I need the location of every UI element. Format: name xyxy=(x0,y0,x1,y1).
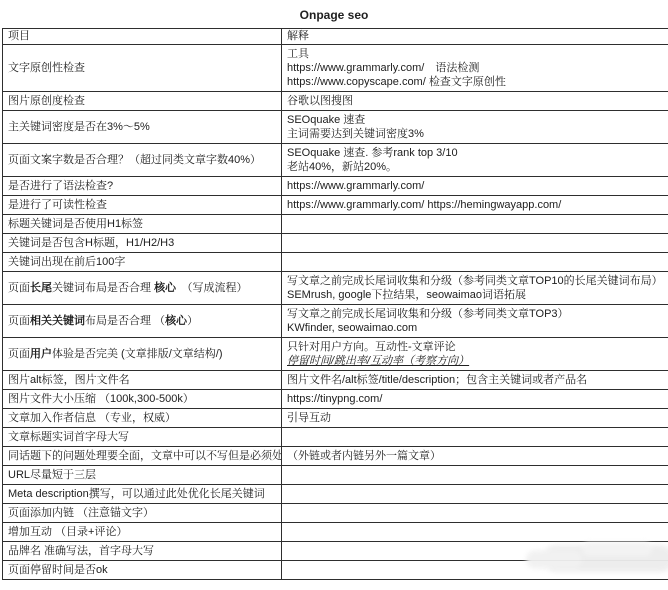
onpage-seo-table: 项目 解释 文字原创性检查工具https://www.grammarly.com… xyxy=(2,28,668,580)
item-cell: 关键词出现在前后100字 xyxy=(3,253,282,272)
item-cell: 同话题下的问题处理要全面，文章中可以不写但是必须处 xyxy=(3,447,282,466)
explanation-cell: 工具https://www.grammarly.com/ 语法检测https:/… xyxy=(282,45,668,92)
text-segment: 工具 xyxy=(287,48,309,60)
text-segment: 文章加入作者信息 （专业，权威） xyxy=(8,412,176,424)
text-segment: Meta description撰写，可以通过此处优化长尾关键词 xyxy=(8,488,265,500)
text-segment: URL尽量短于三层 xyxy=(8,469,96,481)
text-segment: 同话题下的问题处理要全面，文章中可以不写但是必须处 xyxy=(8,450,282,462)
explanation-cell xyxy=(282,215,668,234)
text-segment: 停留时间/跳出率/互动率（考察方向） xyxy=(287,355,469,367)
item-cell: 图片原创度检查 xyxy=(3,92,282,111)
table-row: 页面相关关键词布局是否合理 （核心）写文章之前完成长尾词收集和分级（参考同类文章… xyxy=(3,305,668,338)
cell-line: SEMrush, google下拉结果，seowaimao词语拓展 xyxy=(287,288,664,302)
item-cell: 文字原创性检查 xyxy=(3,45,282,92)
text-segment: 关键词是否包含H标题，H1/H2/H3 xyxy=(8,237,174,249)
text-segment: 相关关键词 xyxy=(30,315,85,327)
item-cell: 是进行了可读性检查 xyxy=(3,196,282,215)
table-row: 图片文件大小压缩 （100k,300-500k）https://tinypng.… xyxy=(3,390,668,409)
text-segment: 页面 xyxy=(8,315,30,327)
cell-line: （外链或者内链另外一篇文章） xyxy=(287,449,664,463)
table-row: 增加互动 （目录+评论） xyxy=(3,523,668,542)
text-segment: 图片alt标签，图片文件名 xyxy=(8,374,130,386)
item-cell: 页面文案字数是否合理？（超过同类文章字数40%） xyxy=(3,144,282,177)
explanation-cell: 写文章之前完成长尾词收集和分级（参考同类文章TOP3）KWfinder, seo… xyxy=(282,305,668,338)
text-segment: https://www.grammarly.com/ 语法检测 xyxy=(287,62,479,74)
text-segment: 关键词布局是否合理 xyxy=(52,282,154,294)
table-row: 图片原创度检查谷歌以图搜图 xyxy=(3,92,668,111)
table-row: 关键词出现在前后100字 xyxy=(3,253,668,272)
explanation-cell xyxy=(282,253,668,272)
cell-line: https://www.grammarly.com/ xyxy=(287,179,664,193)
explanation-cell: 谷歌以图搜图 xyxy=(282,92,668,111)
cell-line: 停留时间/跳出率/互动率（考察方向） xyxy=(287,354,664,368)
text-segment: 是否进行了语法检查? xyxy=(8,180,113,192)
table-row: 图片alt标签，图片文件名图片文件名/alt标签/title/descripti… xyxy=(3,371,668,390)
explanation-cell: 图片文件名/alt标签/title/description；包含主关键词或者产品… xyxy=(282,371,668,390)
item-cell: 页面相关关键词布局是否合理 （核心） xyxy=(3,305,282,338)
item-cell: 图片alt标签，图片文件名 xyxy=(3,371,282,390)
table-row: 关键词是否包含H标题，H1/H2/H3 xyxy=(3,234,668,253)
text-segment: 用户 xyxy=(30,348,52,360)
item-cell: 标题关键词是否使用H1标签 xyxy=(3,215,282,234)
cell-line: https://tinypng.com/ xyxy=(287,392,664,406)
item-cell: URL尽量短于三层 xyxy=(3,466,282,485)
item-cell: 主关键词密度是否在3%～5% xyxy=(3,111,282,144)
text-segment: 核心 xyxy=(165,315,187,327)
cell-line: 引导互动 xyxy=(287,411,664,425)
text-segment: 体验是否完美 (文章排版/文章结构/) xyxy=(52,348,223,360)
explanation-cell: （外链或者内链另外一篇文章） xyxy=(282,447,668,466)
text-segment: 页面 xyxy=(8,282,30,294)
text-segment: 文字原创性检查 xyxy=(8,62,85,74)
explanation-cell xyxy=(282,504,668,523)
cell-line: 写文章之前完成长尾词收集和分级（参考同类文章TOP3） xyxy=(287,307,664,321)
table-row: Meta description撰写，可以通过此处优化长尾关键词 xyxy=(3,485,668,504)
cell-line: https://www.grammarly.com/ https://hemin… xyxy=(287,198,664,212)
text-segment: 老站40%，新站20%。 xyxy=(287,161,397,173)
cell-line: 写文章之前完成长尾词收集和分级（参考同类文章TOP10的长尾关键词布局） xyxy=(287,274,664,288)
cell-line: 工具 xyxy=(287,47,664,61)
text-segment: 写文章之前完成长尾词收集和分级（参考同类文章TOP3） xyxy=(287,308,569,320)
explanation-cell: 写文章之前完成长尾词收集和分级（参考同类文章TOP10的长尾关键词布局）SEMr… xyxy=(282,272,668,305)
text-segment: 文章标题实词首字母大写 xyxy=(8,431,129,443)
cell-line: SEOquake 速查. 参考rank top 3/10 xyxy=(287,146,664,160)
watermark-blur xyxy=(542,545,668,572)
text-segment: 长尾 xyxy=(30,282,52,294)
text-segment: SEOquake 速查 xyxy=(287,114,365,126)
table-row: 主关键词密度是否在3%～5%SEOquake 速查主词需要达到关键词密度3% xyxy=(3,111,668,144)
explanation-cell: 引导互动 xyxy=(282,409,668,428)
cell-line: https://www.copyscape.com/ 检查文字原创性 xyxy=(287,75,664,89)
cell-line: KWfinder, seowaimao.com xyxy=(287,321,664,335)
explanation-cell: 只针对用户方向。互动性-文章评论停留时间/跳出率/互动率（考察方向） xyxy=(282,338,668,371)
cell-line: 谷歌以图搜图 xyxy=(287,94,664,108)
table-row: 文章标题实词首字母大写 xyxy=(3,428,668,447)
text-segment: 写文章之前完成长尾词收集和分级（参考同类文章TOP10的长尾关键词布局） xyxy=(287,275,663,287)
text-segment: 是进行了可读性检查 xyxy=(8,199,107,211)
cell-line: 主词需要达到关键词密度3% xyxy=(287,127,664,141)
text-segment: 标题关键词是否使用H1标签 xyxy=(8,218,143,230)
text-segment: 主词需要达到关键词密度3% xyxy=(287,128,424,140)
cell-line: https://www.grammarly.com/ 语法检测 xyxy=(287,61,664,75)
table-row: 是进行了可读性检查https://www.grammarly.com/ http… xyxy=(3,196,668,215)
item-cell: 页面添加内链 （注意锚文字） xyxy=(3,504,282,523)
column-header-item: 项目 xyxy=(3,29,282,45)
table-row: 文章加入作者信息 （专业，权威）引导互动 xyxy=(3,409,668,428)
explanation-cell xyxy=(282,428,668,447)
text-segment: 谷歌以图搜图 xyxy=(287,95,353,107)
text-segment: 图片原创度检查 xyxy=(8,95,85,107)
table-row: 页面长尾关键词布局是否合理 核心 （写成流程）写文章之前完成长尾词收集和分级（参… xyxy=(3,272,668,305)
table-row: 是否进行了语法检查?https://www.grammarly.com/ xyxy=(3,177,668,196)
header-row: 项目 解释 xyxy=(3,29,668,45)
text-segment: https://www.grammarly.com/ xyxy=(287,180,424,192)
text-segment: 图片文件大小压缩 （100k,300-500k） xyxy=(8,393,194,405)
text-segment: https://tinypng.com/ xyxy=(287,393,382,405)
explanation-cell: SEOquake 速查主词需要达到关键词密度3% xyxy=(282,111,668,144)
table-row: 标题关键词是否使用H1标签 xyxy=(3,215,668,234)
cell-line: 只针对用户方向。互动性-文章评论 xyxy=(287,340,664,354)
item-cell: 页面停留时间是否ok xyxy=(3,561,282,580)
document-page: Onpage seo 项目 解释 文字原创性检查工具https://www.gr… xyxy=(0,0,668,590)
text-segment: 图片文件名/alt标签/title/description；包含主关键词或者产品… xyxy=(287,374,587,386)
column-header-explanation: 解释 xyxy=(282,29,668,45)
text-segment: 布局是否合理 （ xyxy=(85,315,165,327)
cell-line: SEOquake 速查 xyxy=(287,113,664,127)
item-cell: 页面用户体验是否完美 (文章排版/文章结构/) xyxy=(3,338,282,371)
text-segment: 页面停留时间是否ok xyxy=(8,564,108,576)
cell-line: 老站40%，新站20%。 xyxy=(287,160,664,174)
explanation-cell xyxy=(282,523,668,542)
text-segment: （外链或者内链另外一篇文章） xyxy=(287,450,441,462)
text-segment: SEMrush, google下拉结果，seowaimao词语拓展 xyxy=(287,289,526,301)
explanation-cell xyxy=(282,234,668,253)
explanation-cell: https://www.grammarly.com/ https://hemin… xyxy=(282,196,668,215)
text-segment: ） xyxy=(187,315,198,327)
table-row: 同话题下的问题处理要全面，文章中可以不写但是必须处（外链或者内链另外一篇文章） xyxy=(3,447,668,466)
table-body: 文字原创性检查工具https://www.grammarly.com/ 语法检测… xyxy=(3,45,668,580)
table-row: 文字原创性检查工具https://www.grammarly.com/ 语法检测… xyxy=(3,45,668,92)
text-segment: 页面添加内链 （注意锚文字） xyxy=(8,507,154,519)
explanation-cell: https://tinypng.com/ xyxy=(282,390,668,409)
explanation-cell xyxy=(282,485,668,504)
text-segment: 引导互动 xyxy=(287,412,331,424)
text-segment: 核心 xyxy=(154,282,176,294)
text-segment: 只针对用户方向。互动性-文章评论 xyxy=(287,341,456,353)
explanation-cell: SEOquake 速查. 参考rank top 3/10老站40%，新站20%。 xyxy=(282,144,668,177)
table-row: URL尽量短于三层 xyxy=(3,466,668,485)
item-cell: Meta description撰写，可以通过此处优化长尾关键词 xyxy=(3,485,282,504)
text-segment: 关键词出现在前后100字 xyxy=(8,256,125,268)
explanation-cell: https://www.grammarly.com/ xyxy=(282,177,668,196)
page-title: Onpage seo xyxy=(0,0,668,28)
text-segment: （写成流程） xyxy=(176,282,248,294)
text-segment: 页面文案字数是否合理？（超过同类文章字数40%） xyxy=(8,154,261,166)
text-segment: 页面 xyxy=(8,348,30,360)
item-cell: 页面长尾关键词布局是否合理 核心 （写成流程） xyxy=(3,272,282,305)
text-segment: https://www.copyscape.com/ 检查文字原创性 xyxy=(287,76,506,88)
text-segment: KWfinder, seowaimao.com xyxy=(287,322,417,334)
item-cell: 是否进行了语法检查? xyxy=(3,177,282,196)
item-cell: 图片文件大小压缩 （100k,300-500k） xyxy=(3,390,282,409)
text-segment: 主关键词密度是否在3%～5% xyxy=(8,121,150,133)
item-cell: 关键词是否包含H标题，H1/H2/H3 xyxy=(3,234,282,253)
item-cell: 文章加入作者信息 （专业，权威） xyxy=(3,409,282,428)
item-cell: 品牌名 准确写法，首字母大写 xyxy=(3,542,282,561)
table-row: 页面添加内链 （注意锚文字） xyxy=(3,504,668,523)
table-row: 页面用户体验是否完美 (文章排版/文章结构/)只针对用户方向。互动性-文章评论停… xyxy=(3,338,668,371)
text-segment: https://www.grammarly.com/ https://hemin… xyxy=(287,199,561,211)
text-segment: SEOquake 速查. 参考rank top 3/10 xyxy=(287,147,458,159)
text-segment: 品牌名 准确写法，首字母大写 xyxy=(8,545,154,557)
explanation-cell xyxy=(282,466,668,485)
cell-line: 图片文件名/alt标签/title/description；包含主关键词或者产品… xyxy=(287,373,664,387)
item-cell: 文章标题实词首字母大写 xyxy=(3,428,282,447)
item-cell: 增加互动 （目录+评论） xyxy=(3,523,282,542)
table-row: 页面文案字数是否合理？（超过同类文章字数40%）SEOquake 速查. 参考r… xyxy=(3,144,668,177)
text-segment: 增加互动 （目录+评论） xyxy=(8,526,127,538)
